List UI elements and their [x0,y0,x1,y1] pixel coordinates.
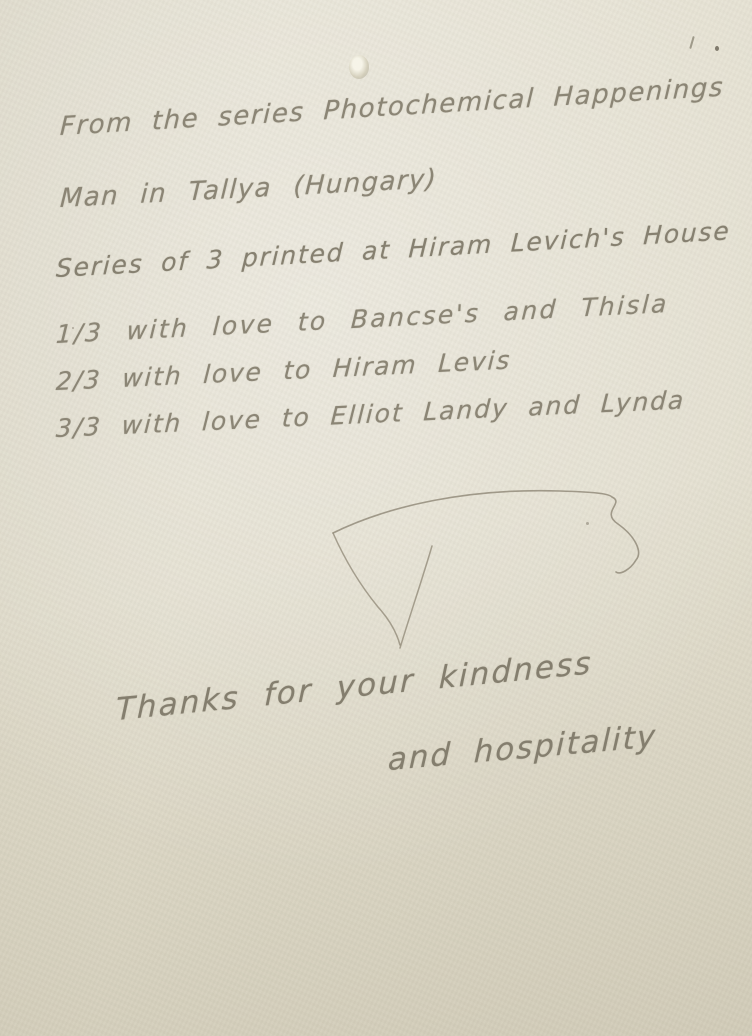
inscription-line-series-title: From the series Photochemical Happenings [59,72,724,142]
inscription-line-dedication-1of3: 1/3 with love to Bancse's and Thisla [55,289,669,349]
inscription-line-work-title: Man in Tallya (Hungary) [59,164,438,214]
inscription-line-dedication-3of3: 3/3 with love to Elliot Landy and Lynda [55,385,686,443]
inscription-line-dedication-2of3: 2/3 with love to Hiram Levis [55,345,512,396]
pencil-dot-mark [715,46,719,51]
paper-dent-blemish [349,55,369,79]
pencil-slash-mark [689,36,695,49]
inscription-line-edition-info: Series of 3 printed at Hiram Levich's Ho… [55,216,731,283]
photographed-paper: From the series Photochemical Happenings… [0,0,752,1036]
closing-hospitality-line: and hospitality [387,718,657,778]
artist-signature-flourish [300,470,660,670]
